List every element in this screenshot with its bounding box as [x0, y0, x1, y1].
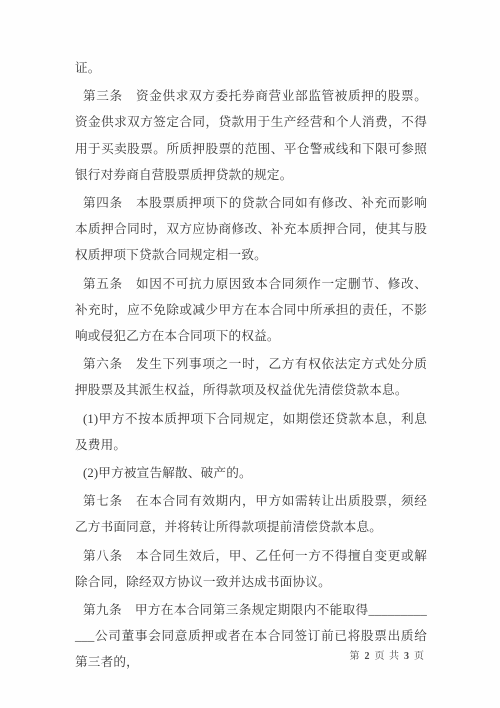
clause-5-paragraph: 第五条 如因不可抗力原因致本合同须作一定删节、修改、补充时，应不免除或减少甲方在… — [75, 271, 427, 350]
footer-label-ye-gong: 页 共 — [375, 651, 401, 662]
document-body: 证。 第三条 资金供求双方委托券商营业部监管被质押的股票。资金供求双方签定合同，… — [75, 55, 427, 678]
footer-label-ye: 页 — [414, 651, 425, 662]
footer-total-pages-number: 3 — [404, 651, 410, 662]
clause-6-item-2-paragraph: (2)甲方被宣告解散、破产的。 — [75, 460, 427, 486]
clause-3-paragraph: 第三条 资金供求双方委托券商营业部监管被质押的股票。资金供求双方签定合同，贷款用… — [75, 83, 427, 188]
document-page: 证。 第三条 资金供求双方委托券商营业部监管被质押的股票。资金供求双方签定合同，… — [0, 0, 500, 708]
footer-label-di: 第 — [350, 651, 361, 662]
clause-7-paragraph: 第七条 在本合同有效期内，甲方如需转让出质股票，须经乙方书面同意，并将转让所得款… — [75, 488, 427, 540]
clause-6-item-1-paragraph: (1)甲方不按本质押项下合同规定，如期偿还贷款本息，利息及费用。 — [75, 406, 427, 458]
footer-current-page-number: 2 — [365, 651, 371, 662]
page-footer: 第2页 共3页 — [349, 650, 427, 664]
clause-4-paragraph: 第四条 本股票质押项下的贷款合同如有修改、补充而影响本质押合同时，双方应协商修改… — [75, 190, 427, 269]
clause-8-paragraph: 第八条 本合同生效后，甲、乙任何一方不得擅自变更或解除合同，除经双方协议一致并达… — [75, 543, 427, 595]
clause-6-paragraph: 第六条 发生下列事项之一时，乙方有权依法定方式处分质押股票及其派生权益，所得款项… — [75, 351, 427, 403]
continued-text-paragraph: 证。 — [75, 55, 427, 81]
